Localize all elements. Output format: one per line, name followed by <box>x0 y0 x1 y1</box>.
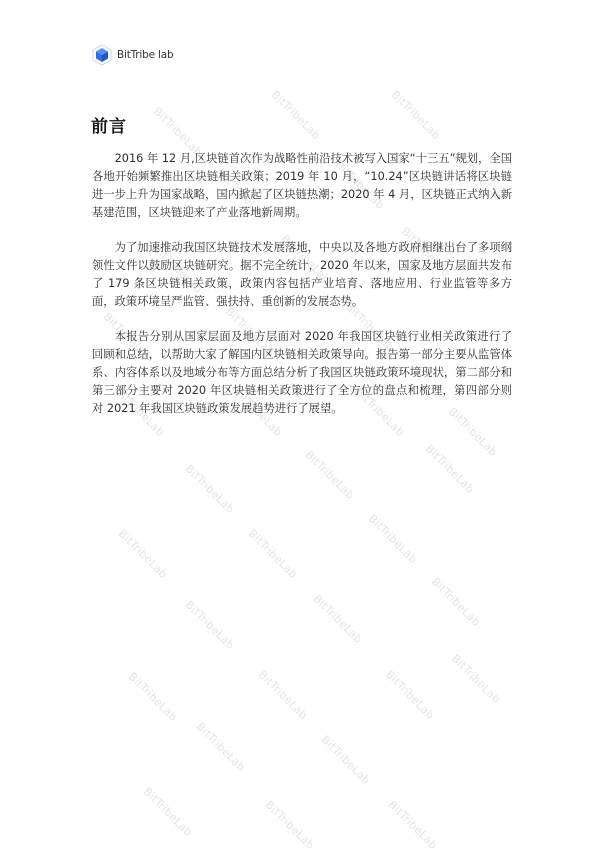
watermark-text: BitTribeLab <box>246 527 300 581</box>
watermark-text: BitTribeLab <box>141 785 195 839</box>
watermark-text: BitTribeLab <box>126 670 180 724</box>
watermark-text: BitTribeLab <box>319 733 373 787</box>
watermark-text: BitTribeLab <box>386 798 440 848</box>
watermark-text: BitTribeLab <box>389 88 443 142</box>
paragraph-3: 本报告分别从国家层面及地方层面对 2020 年我国区块链行业相关政策进行了回顾和… <box>92 328 512 418</box>
watermark-text: BitTribeLab <box>311 592 365 646</box>
watermark-text: BitTribeLab <box>449 652 503 706</box>
logo-text: BitTribe lab <box>117 49 173 61</box>
watermark-text: BitTribeLab <box>303 448 357 502</box>
watermark-text: BitTribeLab <box>429 575 483 629</box>
cube-logo-icon <box>92 44 112 66</box>
watermark-text: BitTribeLab <box>423 442 477 496</box>
header-logo: BitTribe lab <box>92 44 173 66</box>
watermark-text: BitTribeLab <box>183 598 237 652</box>
watermark-text: BitTribeLab <box>263 798 317 848</box>
watermark-text: BitTribeLab <box>183 462 237 516</box>
paragraph-1: 2016 年 12 月,区块链首次作为战略性前沿技术被写入国家“十三五”规划，全… <box>92 150 512 222</box>
watermark-text: BitTribeLab <box>366 512 420 566</box>
watermark-text: BitTribeLab <box>269 88 323 142</box>
paragraph-2: 为了加速推动我国区块链技术发展落地，中央以及各地方政府相继出台了多项纲领性文件以… <box>92 239 512 311</box>
watermark-text: BitTribeLab <box>383 668 437 722</box>
watermark-text: BitTribeLab <box>116 527 170 581</box>
watermark-text: BitTribeLab <box>256 668 310 722</box>
document-body: 2016 年 12 月,区块链首次作为战略性前沿技术被写入国家“十三五”规划，全… <box>92 150 512 435</box>
watermark-text: BitTribeLab <box>194 720 248 774</box>
page-title: 前言 <box>91 112 127 137</box>
